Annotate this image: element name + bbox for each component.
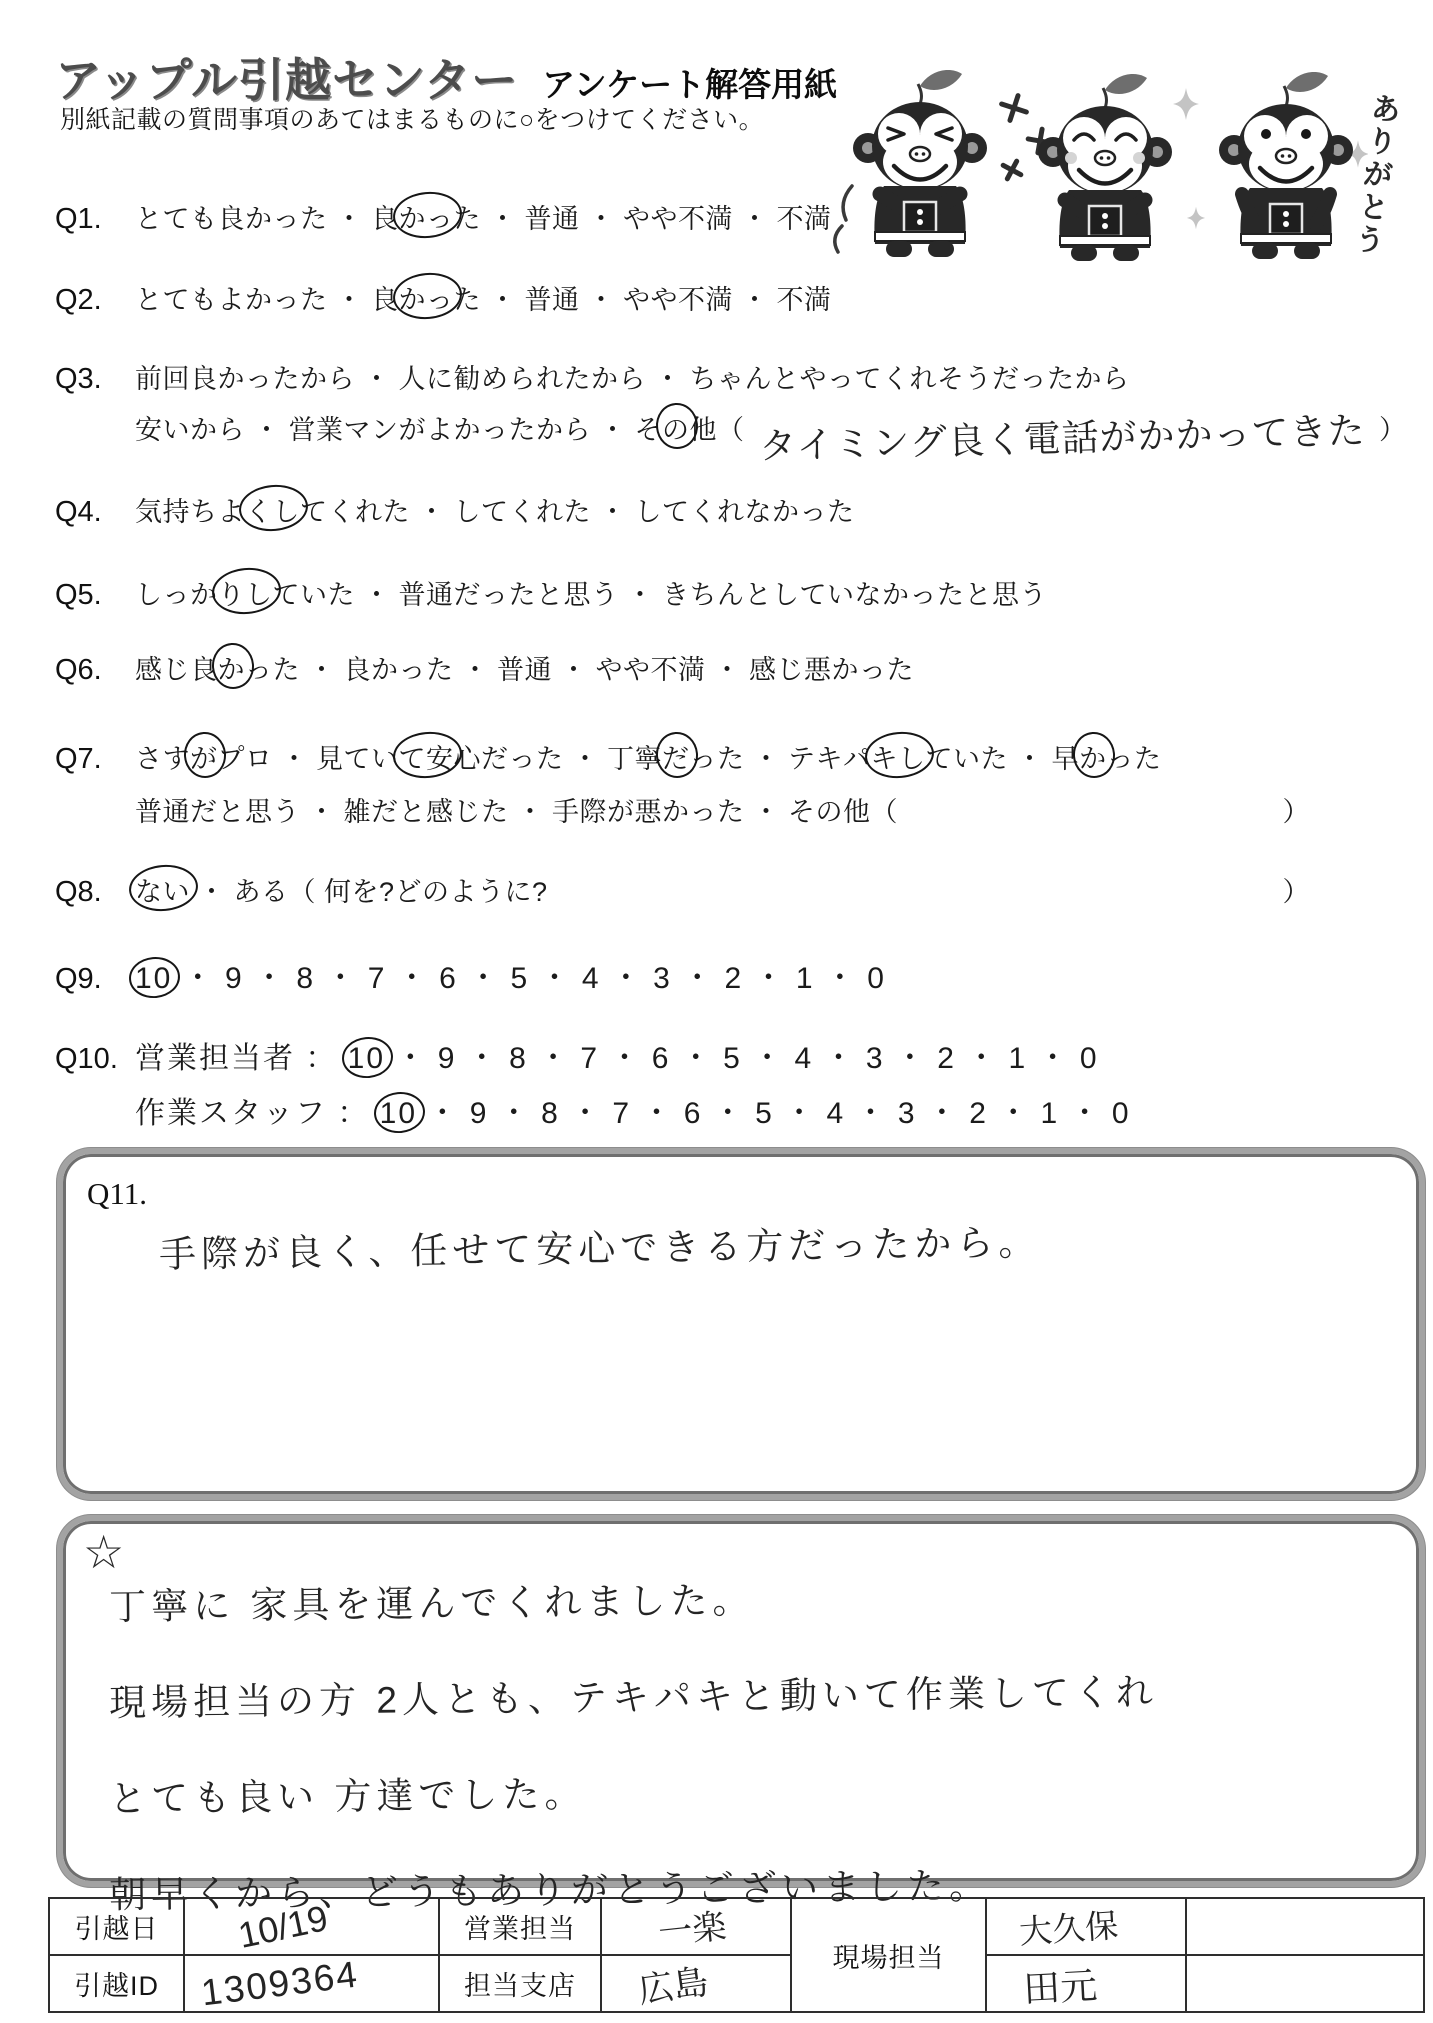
question-options: 気持ちよくしてくれた ・ してくれた ・ してくれなかった [135,490,1310,529]
rating-scale-staff: 作業スタッフ ： 10 ・ 9 ・ 8 ・ 7 ・ 6 ・ 5 ・ 4 ・ 3 … [135,1088,1310,1132]
empty-cell [1186,1898,1424,1955]
option-text: った [1107,737,1162,776]
question-row-q4: Q4. 気持ちよくしてくれた ・ してくれた ・ してくれなかった [55,490,1310,529]
option-text: 心だった ・ 丁寧 [454,737,663,776]
handwritten-value: 10/19 [235,1898,332,1955]
scale-label: 作業スタッフ ： [135,1088,380,1132]
question-row-q2: Q2. とてもよかった ・ 良かった ・ 普通 ・ やや不満 ・ 不満 [55,278,1310,317]
question-options: さすがプロ ・ 見ていて安心だった ・ 丁寧だった ・ テキパキしていた ・ 早… [135,737,1310,776]
value-move-id: 1309364 [184,1955,439,2012]
question-id: Q1. [55,203,135,236]
handwritten-answer: タイミング良く電話がかかってきた [758,400,1366,470]
closing-paren: ） [1283,790,1311,829]
sparkle-plus-icons [998,92,1054,184]
question-options: 安いから ・ 営業マンがよかったから ・ その他（タイミング良く電話がかかってき… [135,408,1407,462]
question-row-q7-cont: 普通だと思う ・ 雑だと感じた ・ 手際が悪かった ・ その他（） [55,790,1310,829]
option-text: 普通だと思う ・ 雑だと感じた ・ 手際が悪かった ・ その他（ [135,790,898,829]
question-options: とてもよかった ・ 良かった ・ 普通 ・ やや不満 ・ 不満 [135,278,1310,317]
option-text: った ・ 良かった ・ 普通 ・ やや不満 ・ 感じ悪かった [245,648,914,687]
table-row: 引越日 10/19 営業担当 一楽 現場担当 大久保 [49,1898,1424,1955]
question-id: Q10. [55,1043,135,1076]
closing-paren: ） [1283,870,1311,909]
q11-answer-box: Q11. 手際が良く、任せて安心できる方だったから。 [57,1148,1425,1500]
question-row-q10: Q10. 営業担当者 ： 10 ・ 9 ・ 8 ・ 7 ・ 6 ・ 5 ・ 4 … [55,1033,1310,1077]
scale-label: 営業担当者 ： [135,1033,348,1077]
question-options: 普通だと思う ・ 雑だと感じた ・ 手際が悪かった ・ その他（） [135,790,1310,829]
question-row-q8: Q8. ない ・ ある（ 何を?どのように?） [55,870,1310,909]
question-row-q5: Q5. しっかりしていた ・ 普通だったと思う ・ きちんとしていなかったと思う [55,573,1310,612]
option-text: た ・ 普通 ・ やや不満 ・ 不満 [454,278,832,317]
scale-numbers: ・ 9 ・ 8 ・ 7 ・ 6 ・ 5 ・ 4 ・ 3 ・ 2 ・ 1 ・ 0 [385,1033,1099,1077]
circled-answer: りし [218,573,273,612]
handwritten-value: 1309364 [199,1955,361,2012]
question-options: 感じ良かった ・ 良かった ・ 普通 ・ やや不満 ・ 感じ悪かった [135,648,1310,687]
question-row-q7: Q7. さすがプロ ・ 見ていて安心だった ・ 丁寧だった ・ テキパキしていた… [55,737,1310,776]
option-text: プロ ・ 見てい [218,737,399,776]
value-branch: 広島 [601,1955,791,2012]
circled-answer: だ [662,737,690,776]
option-text: 安いから ・ 営業マンがよかったから ・ そ [135,408,662,447]
value-sales-rep: 一楽 [601,1898,791,1955]
rating-scale: 10 ・ 9 ・ 8 ・ 7 ・ 6 ・ 5 ・ 4 ・ 3 ・ 2 ・ 1 ・… [135,953,1310,997]
value-site-crew-1: 大久保 [986,1898,1186,1955]
option-text: とても良かった ・ 良 [135,197,399,236]
circled-answer: ない [135,870,190,909]
closing-paren: ） [1379,408,1407,447]
circled-answer: キし [871,737,926,776]
question-id: Q2. [55,284,135,317]
instruction-text: 別紙記載の質問事項のあてはまるものに○をつけてください。 [60,100,764,136]
circled-answer: 10 [348,1042,385,1076]
option-text: てくれた ・ してくれた ・ してくれなかった [300,490,855,529]
handwritten-value: 広島 [635,1955,711,2012]
question-id: Q4. [55,496,135,529]
option-text: た ・ 普通 ・ やや不満 ・ 不満 [454,197,832,236]
question-row-q3-cont: 安いから ・ 営業マンがよかったから ・ その他（タイミング良く電話がかかってき… [55,408,1310,462]
circled-answer: 10 [380,1097,417,1131]
comment-box: ☆ 丁寧に 家具を運んでくれました。 現場担当の方 2人とも、テキパキと動いて作… [57,1515,1425,1887]
circled-answer: か [218,648,246,687]
question-id: Q8. [55,876,135,909]
question-row-q10-cont: 作業スタッフ ： 10 ・ 9 ・ 8 ・ 7 ・ 6 ・ 5 ・ 4 ・ 3 … [55,1088,1310,1132]
label-move-date: 引越日 [49,1898,184,1955]
survey-sheet: アップル引越センター アンケート解答用紙 別紙記載の質問事項のあてはまるものに○… [0,0,1433,2023]
option-text: さす [135,737,190,776]
question-id: Q3. [55,363,135,396]
option-text: 前回良かったから ・ 人に勧められたから ・ ちゃんとやってくれそうだったから [135,357,1130,396]
comment-line: とても良い 方達でした。 [109,1758,1158,1823]
scale-numbers: ・ 9 ・ 8 ・ 7 ・ 6 ・ 5 ・ 4 ・ 3 ・ 2 ・ 1 ・ 0 [172,953,886,997]
question-row-q6: Q6. 感じ良かった ・ 良かった ・ 普通 ・ やや不満 ・ 感じ悪かった [55,648,1310,687]
label-sales-rep: 営業担当 [439,1898,601,1955]
circled-answer: か [1079,737,1107,776]
question-options: とても良かった ・ 良かった ・ 普通 ・ やや不満 ・ 不満 [135,197,1310,236]
question-id: Q6. [55,654,135,687]
handwritten-answer: 手際が良く、任せて安心できる方だったから。 [159,1212,1041,1278]
question-row-q1: Q1. とても良かった ・ 良かった ・ 普通 ・ やや不満 ・ 不満 [55,197,1310,236]
circled-answer: 10 [135,962,172,996]
value-move-date: 10/19 [184,1898,439,1955]
circled-answer: の [662,408,690,447]
label-move-id: 引越ID [49,1955,184,2012]
circled-answer: て安 [399,737,454,776]
circled-answer: かっ [399,197,454,236]
option-text: 感じ良 [135,648,218,687]
handwritten-value: 一楽 [656,1899,729,1955]
footer-table: 引越日 10/19 営業担当 一楽 現場担当 大久保 引越ID 1309364 … [48,1897,1425,2013]
option-text: ・ ある（ 何を?どのように? [190,870,548,909]
question-id: Q9. [55,963,135,996]
rating-scale-sales: 営業担当者 ： 10 ・ 9 ・ 8 ・ 7 ・ 6 ・ 5 ・ 4 ・ 3 ・… [135,1033,1310,1077]
question-id: Q5. [55,579,135,612]
page-title: アンケート解答用紙 [542,59,837,106]
scale-numbers: ・ 9 ・ 8 ・ 7 ・ 6 ・ 5 ・ 4 ・ 3 ・ 2 ・ 1 ・ 0 [417,1088,1131,1132]
comment-line: 現場担当の方 2人とも、テキパキと動いて作業してくれ [109,1662,1158,1727]
label-site-crew: 現場担当 [791,1898,986,2012]
option-text: ていた ・ 早 [926,737,1080,776]
question-options: ない ・ ある（ 何を?どのように?） [135,870,1310,909]
circled-answer: かっ [399,278,454,317]
handwritten-value: 大久保 [1017,1900,1119,1954]
option-text: しっか [135,573,218,612]
label-branch: 担当支店 [439,1955,601,2012]
option-text: ていた ・ 普通だったと思う ・ きちんとしていなかったと思う [273,573,1048,612]
handwritten-value: 田元 [1022,1955,1099,2012]
comment-line: 丁寧に 家具を運んでくれました。 [109,1566,1158,1631]
option-text: 気持ちよ [135,490,245,529]
question-options: 前回良かったから ・ 人に勧められたから ・ ちゃんとやってくれそうだったから [135,357,1310,396]
question-id: Q11. [87,1176,147,1212]
table-row: 引越ID 1309364 担当支店 広島 田元 [49,1955,1424,2012]
question-row-q3: Q3. 前回良かったから ・ 人に勧められたから ・ ちゃんとやってくれそうだっ… [55,357,1310,396]
question-options: しっかりしていた ・ 普通だったと思う ・ きちんとしていなかったと思う [135,573,1310,612]
empty-cell [1186,1955,1424,2012]
circled-answer: くし [245,490,300,529]
handwritten-comments: 丁寧に 家具を運んでくれました。 現場担当の方 2人とも、テキパキと動いて作業し… [109,1571,1158,1913]
option-text: った ・ テキパ [690,737,871,776]
circled-answer: が [190,737,218,776]
question-row-q9: Q9. 10 ・ 9 ・ 8 ・ 7 ・ 6 ・ 5 ・ 4 ・ 3 ・ 2 ・… [55,953,1310,997]
option-text: とてもよかった ・ 良 [135,278,399,317]
value-site-crew-2: 田元 [986,1955,1186,2012]
question-id: Q7. [55,743,135,776]
